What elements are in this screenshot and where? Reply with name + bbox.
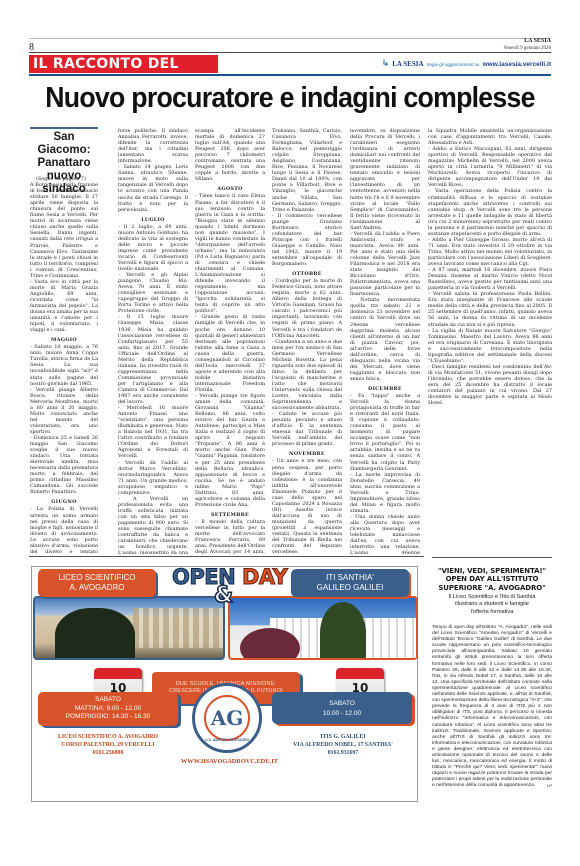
paragraph: - Addio a Enrico Maccapani, 62 anni, dir… (428, 146, 552, 188)
paragraph: - La vigilia di Natale muore Salvatore "… (428, 328, 552, 364)
paragraph: - Sabato 14 giugno Loris Sanna, idraulic… (118, 164, 188, 212)
tree-silhouette (320, 602, 366, 660)
calendar-header (336, 668, 384, 679)
ampersand: & (214, 583, 233, 608)
tag-line: LICEO SCIENTIFICO (38, 573, 156, 583)
liceo-hours-box: SABATO MATTINA: 9.00 - 12.00 POMERIGGIO:… (38, 692, 178, 726)
tag-line: ITI SANTHIA' (291, 573, 409, 583)
paragraph: - Vasta eco in città per la morte di Mar… (30, 279, 98, 333)
side-article-rule (432, 557, 552, 558)
page-headline: Nuovo procuratore e indagini complesse (23, 82, 557, 115)
issue-date: Venerdì 9 gennaio 2026 (503, 46, 551, 51)
article-column-1: (Segue da pagina 7) A Borgosesia nella f… (30, 176, 98, 554)
paragraph: A Borgosesia nella frazione di Isola si … (30, 182, 98, 279)
school-website[interactable]: WWW.IISAVOGADROVC.EDU.IT (162, 758, 297, 765)
hours-line: POMERIGGIO: 14.30 - 16.30 (38, 713, 178, 722)
iti-hours-box: SABATO 10.00 - 12.00 (272, 692, 412, 724)
paragraph: - Una donna chiede aiuto alla Questura d… (350, 514, 420, 554)
paragraph: - Nottata movimentata quella tra sabato … (350, 297, 420, 382)
hours-line: 10.00 - 12.00 (272, 709, 412, 719)
paragraph: - Grande gesto di tante famiglie di Verc… (195, 314, 265, 393)
side-article-subtitle: Il Liceo Scientifico e l'Itis di Santhià… (428, 594, 556, 616)
paragraph: - Il commercio vercellese piange Grazian… (272, 213, 342, 267)
paragraph: - Vercelli dà l'addio a Piero Ambrosini,… (350, 231, 420, 298)
paragraph: - Vercelli piange tre figure amate della… (195, 393, 265, 508)
month-heading: MAGGIO (30, 337, 98, 343)
liceo-name-tag: LICEO SCIENTIFICO A. AVOGADRO (38, 569, 156, 597)
month-heading: DICEMBRE (350, 386, 420, 392)
subtitle-line: illustrano a studenti e famiglie (428, 601, 556, 608)
school-logo: AG I.I.S. AMEDEO AVOGADRO (192, 683, 262, 753)
paragraph: - Mercoledì 16 muore Antonio Finassi uno… (118, 405, 188, 459)
paragraph: - Il 15 luglio muore Giuseppe Misia, cla… (118, 314, 188, 405)
newspaper-name: LA SESIA (524, 38, 551, 44)
month-heading: NOVEMBRE (272, 451, 342, 457)
paragraph: - Un anno e tre mesi, con pena sospesa, … (272, 458, 342, 554)
article-column-6: la Squadra Mobile smantella un'organizza… (428, 128, 552, 554)
iti-building-photo (228, 596, 418, 660)
paragraph: novembre, su disposizione della Procura … (350, 128, 420, 231)
paragraph: - La Polizia di Vercelli arresta un uomo… (30, 506, 98, 554)
paragraph: - Vercelli e gli Alpini piangono Claudio… (118, 272, 188, 314)
logo-text: I.I.S. AMEDEO AVOGADRO (195, 738, 259, 742)
open-day-advertisement[interactable]: LICEO SCIENTIFICO A. AVOGADRO ITI SANTHI… (31, 566, 418, 802)
paragraph: - Cadute le accuse più pesanti: peculato… (272, 411, 342, 447)
paragraph: - Cordoglio per la morte di Federico Gra… (272, 278, 342, 338)
promo-subtitle: Segui gli aggiornamenti su (427, 62, 480, 67)
subtitle-line: l'offerta formativa (428, 609, 556, 616)
paragraph: - Fa "tappa" anche a Vercelli la donna p… (350, 393, 420, 472)
tree-silhouette (55, 608, 135, 660)
tag-line: GALILEO GALILEI (291, 583, 409, 593)
header-rule (29, 52, 551, 53)
article-text: Tempo di open day all'Istituto "A. Avoga… (432, 625, 552, 788)
paragraph: - A Vercelli un professionista evita una… (118, 496, 188, 554)
month-heading: SETTEMBRE (195, 512, 265, 518)
building-facade (133, 608, 223, 648)
hours-line: MATTINA: 9.00 - 12.00 (38, 705, 178, 714)
section-banner: IL RACCONTO DEL 2025 (29, 55, 218, 73)
address-line: LICEO SCIENTIFICO A. AVOGADRO (38, 733, 178, 741)
paragraph: - Vercelli saluta la professoressa Paola… (428, 291, 552, 327)
paragraph: forze politiche. Il sindaco Annalisa Fer… (118, 128, 188, 164)
article-column-2: forze politiche. Il sindaco Annalisa Fer… (118, 128, 188, 554)
address-line: ITIS G. GALILEI (268, 733, 418, 741)
phone-number: 0161.931697 (268, 749, 418, 757)
paragraph: - A 87 anni, martedì 16 dicembre, muore … (428, 267, 552, 291)
author-signature: LP (547, 783, 552, 789)
paragraph: - Domenica 25 e lunedì 26 maggio San Gia… (30, 435, 98, 495)
paragraph: - Sabato 10 maggio, a 76 anni, muore Ann… (30, 344, 98, 386)
top-rule (29, 38, 551, 39)
paragraph: - Vercelli piange Alberto Bosco, titolar… (30, 387, 98, 435)
paragraph: - Addio a Pier Giuseppe Grosso, morto al… (428, 237, 552, 267)
promo-url[interactable]: www.lasesia.vercelli.it (483, 61, 551, 68)
month-heading: LUGLIO (118, 217, 188, 223)
logo-monogram: AG (204, 695, 250, 741)
paragraph: la Squadra Mobile smantella un'organizza… (428, 128, 552, 146)
paragraph: Tronzano, Santhià, Carisio, Casanova Elv… (272, 128, 342, 213)
iti-name-tag: ITI SANTHIA' GALILEO GALILEI (291, 569, 409, 597)
sidebar-title-rule (30, 127, 98, 129)
liceo-building-photo (33, 596, 225, 660)
subtitle-line: Il Liceo Scientifico e l'Itis di Santhià (428, 594, 556, 601)
paragraph: - Vercelli dà l'addio al dottor Marco Ve… (118, 460, 188, 496)
day-word: DAY (242, 565, 287, 589)
columns-bottom-rule (29, 556, 424, 557)
side-article-body: Tempo di open day all'Istituto "A. Avoga… (432, 625, 552, 790)
address-line: VIA ALFREDO NOBEL, 17 SANTHIA' (268, 741, 418, 749)
month-heading: GIUGNO (30, 499, 98, 505)
promo-brand: LA SESIA (392, 60, 423, 68)
hours-line: SABATO (272, 699, 412, 709)
tag-line: A. AVOGADRO (38, 583, 156, 593)
paragraph: - Vasta operazione della Polizia contro … (428, 188, 552, 236)
side-article-title: "VIENI, VEDI, SPERIMENTA!" OPEN DAY ALL'… (428, 567, 556, 592)
month-heading: AGOSTO (195, 186, 265, 192)
iti-address: ITIS G. GALILEI VIA ALFREDO NOBEL, 17 SA… (268, 733, 418, 757)
paragraph: - La morte improvvisa di Donatello Carse… (350, 472, 420, 514)
article-column-4: Tronzano, Santhià, Carisio, Casanova Elv… (272, 128, 342, 554)
title-line: "VIENI, VEDI, SPERIMENTA!" (428, 567, 556, 575)
paragraph: - Condanna a un anno e due mesi per l'ex… (272, 339, 342, 412)
hours-line: SABATO (38, 696, 178, 705)
title-line: OPEN DAY ALL'ISTITUTO (428, 575, 556, 583)
article-column-3: scampa all'incidente mortale di domenica… (195, 128, 265, 554)
title-line: SUPERIORE "A. AVOGADRO" (428, 584, 556, 592)
article-column-5: novembre, su disposizione della Procura … (350, 128, 420, 554)
paragraph: - Dieci famiglie residenti nel condomini… (428, 364, 552, 406)
tree-silhouette (240, 628, 300, 660)
month-heading: OTTOBRE (272, 271, 342, 277)
arrow-icon: ↳ (382, 59, 390, 69)
section-rule (29, 74, 551, 76)
calendar-header (94, 668, 142, 679)
website-promo[interactable]: ↳ LA SESIA Segui gli aggiornamenti su ww… (382, 59, 551, 69)
paragraph: - Tiene banco il caso Elena Pisano: a fa… (195, 193, 265, 314)
address-line: CORSO PALESTRO, 29 VERCELLI (38, 741, 178, 749)
paragraph: scampa all'incidente mortale di domenica… (195, 128, 265, 182)
liceo-address: LICEO SCIENTIFICO A. AVOGADRO CORSO PALE… (38, 733, 178, 757)
paragraph: - Il mondo della cultura vercellese in l… (195, 519, 265, 554)
paragraph: - Il 2 luglio, a 69 anni, muore Antonio … (118, 224, 188, 272)
phone-number: 0161.256880 (38, 749, 178, 757)
